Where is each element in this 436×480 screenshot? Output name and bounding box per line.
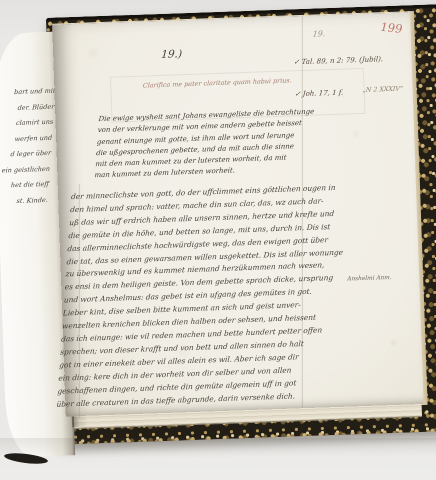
reference-annotation-3: „N 2 XXXIV“ — [362, 85, 403, 93]
facing-page-line-fragment: werfen und — [3, 130, 52, 147]
pencil-sermon-number: 19. — [312, 29, 325, 38]
facing-page-line-fragment: clamirt uns — [4, 115, 53, 132]
facing-page-line-fragment: het die tieff — [0, 177, 49, 194]
ink-heading-number: 19.) — [161, 48, 183, 61]
facing-page-line-fragment: st. Kinde. — [0, 192, 48, 209]
facing-page-text-fragments: bart und mitder. Blüderclamirt unswerfen… — [0, 84, 56, 210]
facing-page-line-fragment: ein geistlichen — [1, 161, 50, 178]
sermon-body-text: der minneclichste von gott, do der uffcl… — [56, 181, 363, 411]
reference-annotation-2: ✓ Joh. 17, 1 f. — [294, 89, 343, 99]
book-floor-shadow — [0, 438, 436, 464]
margin-note: Anshelmi Anm. — [347, 275, 392, 283]
open-manuscript-book: bart und mitder. Blüderclamirt unswerfen… — [0, 5, 436, 466]
facing-page-line-fragment: der. Blüder — [5, 99, 54, 116]
reference-annotation-1: ✓ Tal. 89, n 2: 79. (Jubil). — [293, 55, 383, 66]
red-folio-number: 199 — [379, 20, 404, 36]
facing-page-line-fragment: d leger über — [2, 146, 51, 163]
facing-page-line-fragment: bart und mit — [6, 84, 55, 101]
manuscript-page: 19. 199 19.) ✓ Tal. 89, n 2: 79. (Jubil)… — [52, 11, 423, 416]
indented-thema-quote-block: Die ewige wysheit sant Johans ewangelist… — [94, 107, 309, 182]
